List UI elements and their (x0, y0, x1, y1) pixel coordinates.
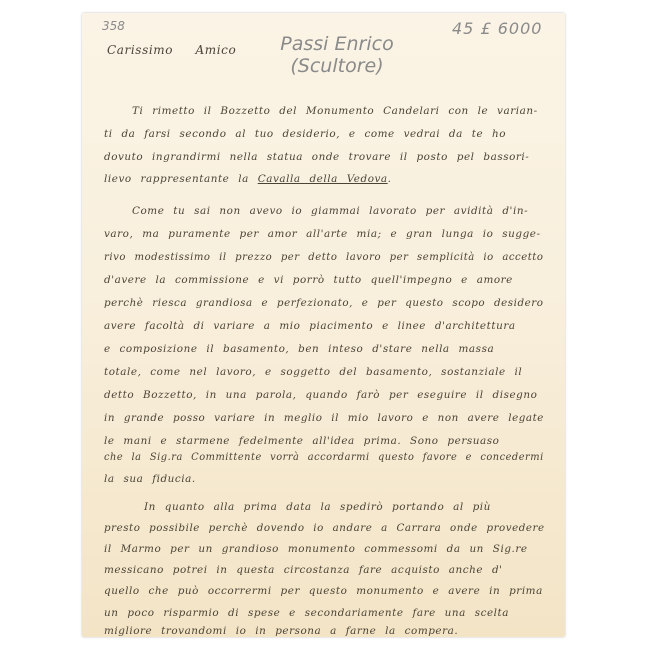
letter-line: messicano potrei in questa circostanza f… (104, 564, 503, 576)
letter-line: Ti rimetto il Bozzetto del Monumento Can… (104, 105, 538, 117)
letter-line: Come tu sai non avevo io giammai lavorat… (104, 205, 528, 217)
letter-line: varo, ma puramente per amor all'arte mia… (104, 228, 541, 240)
letter-line: in grande posso variare in meglio il mio… (104, 412, 544, 424)
letter-line: presto possibile perchè dovendo io andar… (104, 522, 545, 534)
letter-line: lievo rappresentante la Cavalla della Ve… (104, 173, 392, 185)
letter-line: ti da farsi secondo al tuo desiderio, e … (104, 128, 506, 140)
underlined-phrase: Cavalla della Vedova (258, 173, 388, 185)
letter-line: avere facoltà di variare a mio piaciment… (104, 320, 516, 332)
letter-line: che la Sig.ra Committente vorrà accordar… (104, 451, 544, 463)
letter-line: totale, come nel lavoro, e soggetto del … (104, 366, 522, 378)
letter-line: quello che può occorrermi per questo mon… (104, 585, 543, 597)
letter-page: 358 45 £ 6000 Passi Enrico (Scultore) Ca… (82, 13, 565, 637)
letter-line: e composizione il basamento, ben inteso … (104, 343, 494, 355)
letter-line: detto Bozzetto, in una parola, quando fa… (104, 389, 537, 401)
period: . (388, 173, 392, 185)
letter-line: il Marmo per un grandioso monumento comm… (104, 543, 528, 555)
letter-line: la sua fiducia. (104, 473, 196, 485)
letter-line: rivo modestissimo il prezzo per detto la… (104, 251, 543, 263)
letter-line: migliore trovandomi io in persona a farn… (104, 625, 458, 637)
letter-line: In quanto alla prima data la spedirò por… (104, 501, 491, 513)
letter-line: d'avere la commissione e vi porrò tutto … (104, 274, 513, 286)
letter-line: le mani e starmene fedelmente all'idea p… (104, 435, 499, 447)
letter-line-text: lievo rappresentante la (104, 173, 258, 185)
letter-line: perchè riesca grandiosa e perfezionato, … (104, 297, 544, 309)
letter-body: Ti rimetto il Bozzetto del Monumento Can… (104, 13, 544, 637)
letter-line: un poco risparmio di spese e secondariam… (104, 607, 509, 619)
letter-line: dovuto ingrandirmi nella statua onde tro… (104, 151, 529, 163)
